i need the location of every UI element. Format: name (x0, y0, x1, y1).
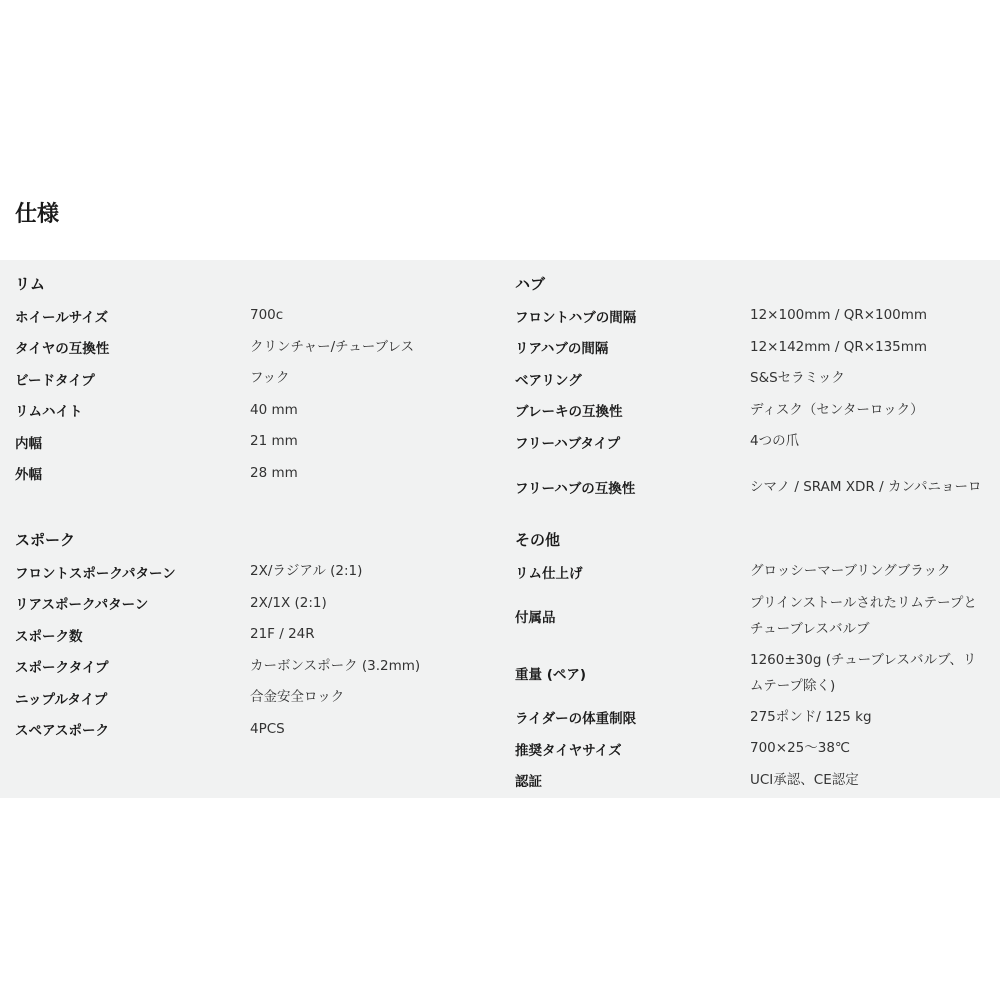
spec-value: 2X/ラジアル (2:1) (250, 556, 485, 588)
spec-row: リアハブの間隔 12×142mm / QR×135mm (500, 332, 1000, 364)
spec-label: タイヤの互換性 (0, 337, 250, 357)
spec-row: 内幅 21 mm (0, 426, 500, 458)
spec-row: 推奨タイヤサイズ 700×25〜38℃ (500, 733, 1000, 765)
spec-column-left: リム ホイールサイズ 700c タイヤの互換性 クリンチャー/チューブレス ビー… (0, 260, 500, 489)
spec-row: 外幅 28 mm (0, 458, 500, 490)
spec-group-spoke: スポーク フロントスポークパターン 2X/ラジアル (2:1) リアスポークパタ… (0, 525, 500, 745)
spec-label: 内幅 (0, 432, 250, 452)
spec-row: フロントハブの間隔 12×100mm / QR×100mm (500, 300, 1000, 332)
spec-value: 700×25〜38℃ (750, 733, 985, 765)
spec-value: 12×142mm / QR×135mm (750, 332, 985, 364)
spec-row: ライダーの体重制限 275ポンド/ 125 kg (500, 702, 1000, 734)
spec-value: クリンチャー/チューブレス (250, 332, 485, 364)
spec-value: 275ポンド/ 125 kg (750, 702, 985, 734)
spec-label: リム仕上げ (500, 562, 750, 582)
spec-value: S&Sセラミック (750, 363, 985, 395)
spec-column-right: ハブ フロントハブの間隔 12×100mm / QR×100mm リアハブの間隔… (500, 260, 1000, 516)
spec-label: ビードタイプ (0, 369, 250, 389)
spec-value: シマノ / SRAM XDR / カンパニョーロ (750, 474, 985, 500)
spec-value: カーボンスポーク (3.2mm) (250, 651, 485, 683)
spec-value: 21F / 24R (250, 619, 485, 651)
spec-label: 推奨タイヤサイズ (500, 739, 750, 759)
spec-label: 付属品 (500, 606, 750, 626)
spec-value: 40 mm (250, 395, 485, 427)
spec-value: 2X/1X (2:1) (250, 588, 485, 620)
spec-group-other: その他 リム仕上げ グロッシーマーブリングブラック 付属品 プリインストールされ… (500, 525, 1000, 796)
spec-row: リアスポークパターン 2X/1X (2:1) (0, 588, 500, 620)
spec-row: 認証 UCI承認、CE認定 (500, 765, 1000, 797)
spec-label: ホイールサイズ (0, 306, 250, 326)
spec-group-rim: リム ホイールサイズ 700c タイヤの互換性 クリンチャー/チューブレス ビー… (0, 260, 500, 489)
spec-value: グロッシーマーブリングブラック (750, 556, 985, 588)
spec-row: リム仕上げ グロッシーマーブリングブラック (500, 556, 1000, 588)
spec-value: ディスク（センターロック） (750, 395, 985, 427)
spec-label: 認証 (500, 770, 750, 790)
spec-value: 4つの爪 (750, 426, 985, 458)
spec-row: フリーハブの互換性 シマノ / SRAM XDR / カンパニョーロ (500, 458, 1000, 516)
page-title: 仕様 (15, 198, 59, 232)
spec-row: スペアスポーク 4PCS (0, 714, 500, 746)
spec-row: フリーハブタイプ 4つの爪 (500, 426, 1000, 458)
spec-label: フリーハブタイプ (500, 432, 750, 452)
group-title-other: その他 (500, 525, 1000, 556)
group-title-rim: リム (0, 269, 500, 300)
group-title-spoke: スポーク (0, 525, 500, 556)
spec-label: ベアリング (500, 369, 750, 389)
spec-value: フック (250, 363, 485, 395)
spec-row: リムハイト 40 mm (0, 395, 500, 427)
spec-row: ホイールサイズ 700c (0, 300, 500, 332)
spec-label: スペアスポーク (0, 719, 250, 739)
spec-label: フリーハブの互換性 (500, 477, 750, 497)
spec-row: フロントスポークパターン 2X/ラジアル (2:1) (0, 556, 500, 588)
spec-value: UCI承認、CE認定 (750, 765, 985, 797)
spec-label: リムハイト (0, 400, 250, 420)
spec-row: ブレーキの互換性 ディスク（センターロック） (500, 395, 1000, 427)
spec-value: プリインストールされたリムテープとチューブレスバルブ (750, 590, 985, 642)
spec-label: フロントハブの間隔 (500, 306, 750, 326)
spec-row: ニップルタイプ 合金安全ロック (0, 682, 500, 714)
spec-label: リアスポークパターン (0, 593, 250, 613)
spec-value: 28 mm (250, 458, 485, 490)
spec-panel: リム ホイールサイズ 700c タイヤの互換性 クリンチャー/チューブレス ビー… (0, 260, 1000, 798)
spec-value: 700c (250, 300, 485, 332)
spec-row: タイヤの互換性 クリンチャー/チューブレス (0, 332, 500, 364)
spec-row: 重量 (ペア) 1260±30g (チューブレスバルブ、リムテープ除く) (500, 644, 1000, 702)
spec-row: ビードタイプ フック (0, 363, 500, 395)
spec-label: ライダーの体重制限 (500, 707, 750, 727)
spec-label: リアハブの間隔 (500, 337, 750, 357)
spec-label: ニップルタイプ (0, 688, 250, 708)
spec-label: 外幅 (0, 463, 250, 483)
spec-value: 合金安全ロック (250, 682, 485, 714)
spec-row: スポークタイプ カーボンスポーク (3.2mm) (0, 651, 500, 683)
spec-label: ブレーキの互換性 (500, 400, 750, 420)
spec-row: 付属品 プリインストールされたリムテープとチューブレスバルブ (500, 588, 1000, 644)
spec-label: フロントスポークパターン (0, 562, 250, 582)
group-title-hub: ハブ (500, 269, 1000, 300)
spec-value: 12×100mm / QR×100mm (750, 300, 985, 332)
spec-value: 21 mm (250, 426, 485, 458)
spec-value: 4PCS (250, 714, 485, 746)
spec-label: 重量 (ペア) (500, 663, 750, 683)
spec-row: スポーク数 21F / 24R (0, 619, 500, 651)
spec-row: ベアリング S&Sセラミック (500, 363, 1000, 395)
spec-label: スポークタイプ (0, 656, 250, 676)
spec-label: スポーク数 (0, 625, 250, 645)
spec-value: 1260±30g (チューブレスバルブ、リムテープ除く) (750, 647, 985, 699)
spec-group-hub: ハブ フロントハブの間隔 12×100mm / QR×100mm リアハブの間隔… (500, 260, 1000, 516)
